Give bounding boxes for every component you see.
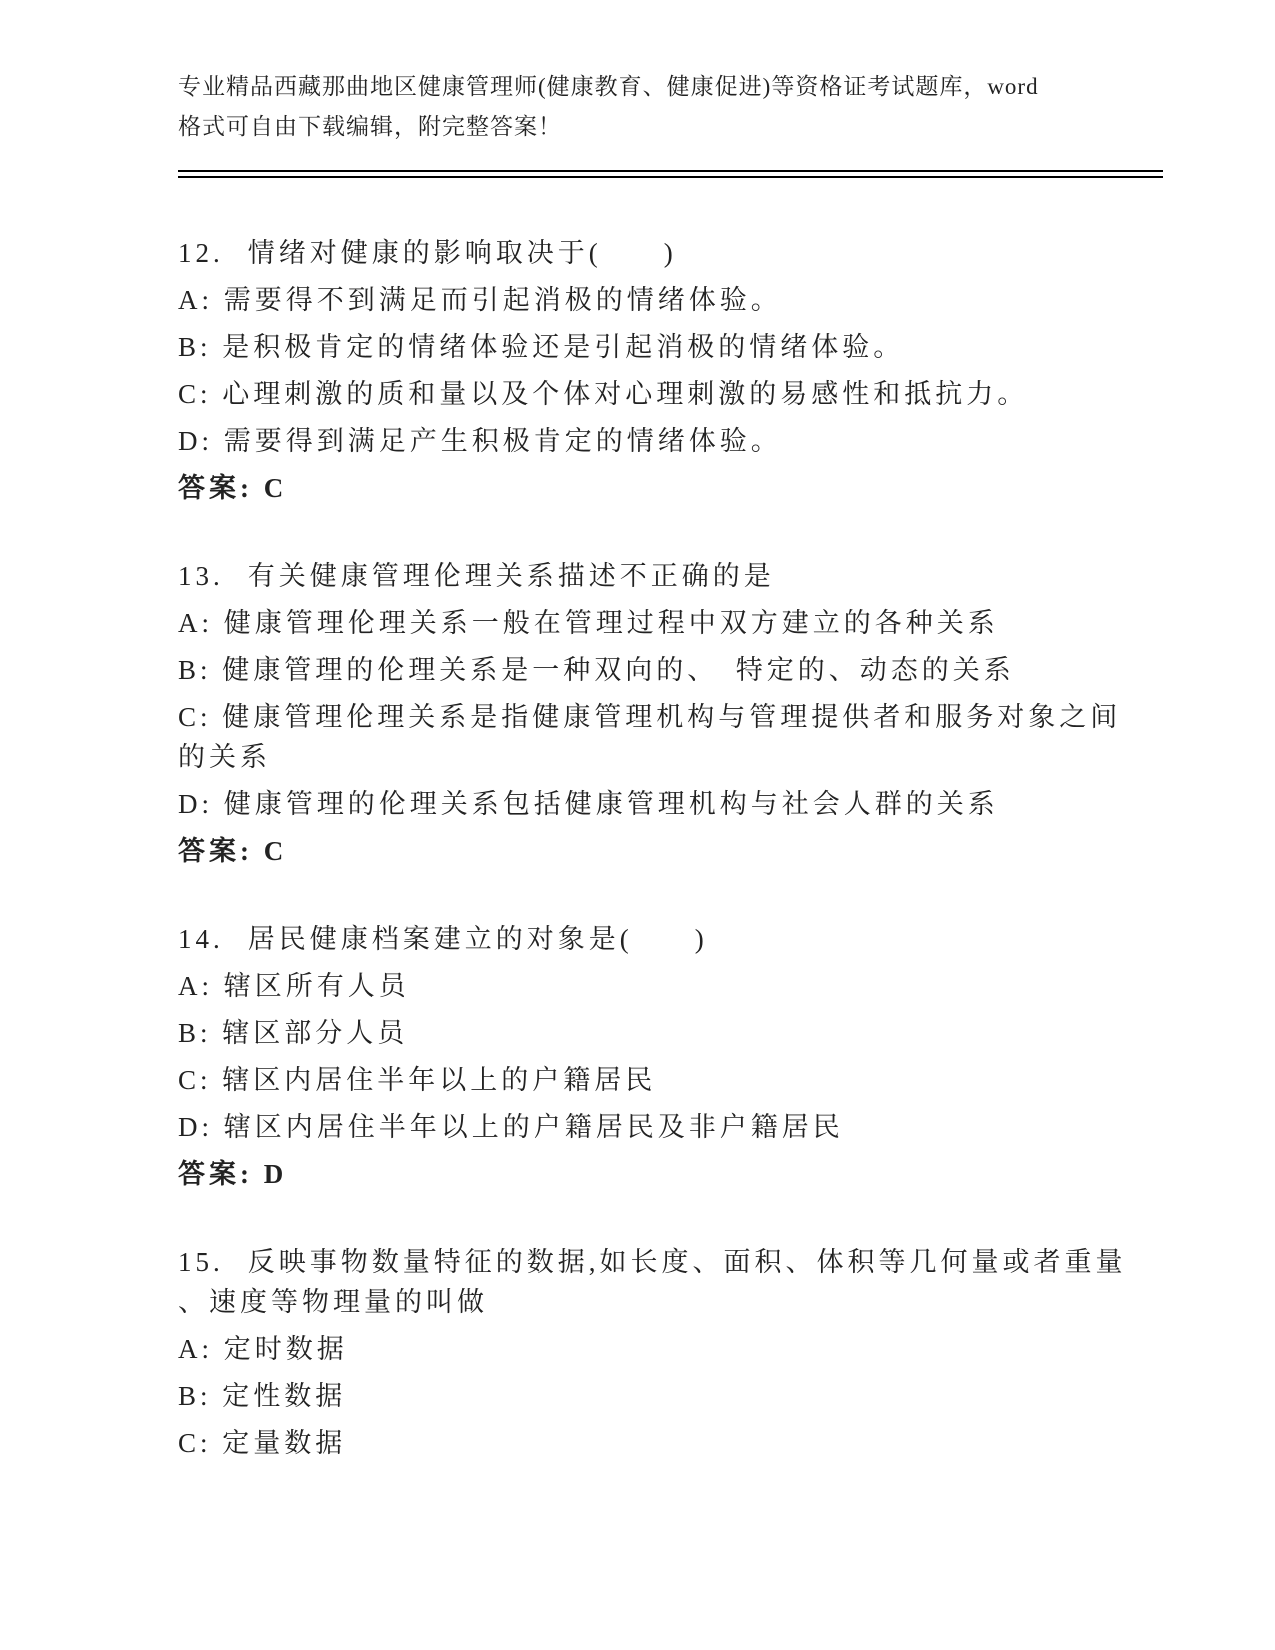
- question-15-text-line-1: 反映事物数量特征的数据,如长度、面积、体积等几何量或者重量: [248, 1247, 1127, 1277]
- question-13-option-c-line-1: C: 健康管理伦理关系是指健康管理机构与管理提供者和服务对象之间: [178, 697, 1163, 737]
- document-page: 专业精品西藏那曲地区健康管理师(健康教育、健康促进)等资格证考试题库，word …: [0, 0, 1275, 1650]
- question-12-option-a: A: 需要得不到满足而引起消极的情绪体验。: [178, 280, 1163, 320]
- question-13-text: 有关健康管理伦理关系描述不正确的是: [248, 561, 775, 591]
- question-15: 15.反映事物数量特征的数据,如长度、面积、体积等几何量或者重量、速度等物理量的…: [178, 1242, 1163, 1463]
- question-12: 12.情绪对健康的影响取决于( ) A: 需要得不到满足而引起消极的情绪体验。 …: [178, 233, 1163, 508]
- question-15-text-line-2: 、速度等物理量的叫做: [178, 1282, 1163, 1322]
- question-13-title: 13.有关健康管理伦理关系描述不正确的是: [178, 556, 1163, 596]
- question-14-text: 居民健康档案建立的对象是( ): [248, 924, 708, 954]
- question-13-option-b: B: 健康管理的伦理关系是一种双向的、 特定的、动态的关系: [178, 650, 1163, 690]
- header-divider-rule: [178, 170, 1163, 178]
- question-14-option-c: C: 辖区内居住半年以上的户籍居民: [178, 1060, 1163, 1100]
- header-line-1: 专业精品西藏那曲地区健康管理师(健康教育、健康促进)等资格证考试题库，word: [178, 67, 1163, 107]
- question-12-text: 情绪对健康的影响取决于( ): [248, 238, 677, 268]
- question-12-option-b: B: 是积极肯定的情绪体验还是引起消极的情绪体验。: [178, 327, 1163, 367]
- question-13-option-c-line-2: 的关系: [178, 737, 1163, 777]
- question-14: 14.居民健康档案建立的对象是( ) A: 辖区所有人员 B: 辖区部分人员 C…: [178, 919, 1163, 1194]
- question-14-option-b: B: 辖区部分人员: [178, 1013, 1163, 1053]
- question-12-option-d: D: 需要得到满足产生积极肯定的情绪体验。: [178, 421, 1163, 461]
- question-14-option-d: D: 辖区内居住半年以上的户籍居民及非户籍居民: [178, 1107, 1163, 1147]
- question-15-option-b: B: 定性数据: [178, 1376, 1163, 1416]
- question-list: 12.情绪对健康的影响取决于( ) A: 需要得不到满足而引起消极的情绪体验。 …: [178, 233, 1163, 1463]
- question-15-number: 15.: [178, 1247, 224, 1277]
- question-13-option-c: C: 健康管理伦理关系是指健康管理机构与管理提供者和服务对象之间的关系: [178, 697, 1163, 777]
- question-13-number: 13.: [178, 561, 224, 591]
- document-header: 专业精品西藏那曲地区健康管理师(健康教育、健康促进)等资格证考试题库，word …: [178, 67, 1163, 147]
- question-13: 13.有关健康管理伦理关系描述不正确的是 A: 健康管理伦理关系一般在管理过程中…: [178, 556, 1163, 871]
- question-12-title: 12.情绪对健康的影响取决于( ): [178, 233, 1163, 273]
- question-14-title: 14.居民健康档案建立的对象是( ): [178, 919, 1163, 959]
- question-12-option-c: C: 心理刺激的质和量以及个体对心理刺激的易感性和抵抗力。: [178, 374, 1163, 414]
- question-14-number: 14.: [178, 924, 224, 954]
- question-13-answer: 答案: C: [178, 831, 1163, 871]
- question-15-option-a: A: 定时数据: [178, 1329, 1163, 1369]
- page-content: 专业精品西藏那曲地区健康管理师(健康教育、健康促进)等资格证考试题库，word …: [178, 0, 1163, 1511]
- question-13-option-d: D: 健康管理的伦理关系包括健康管理机构与社会人群的关系: [178, 784, 1163, 824]
- header-line-2: 格式可自由下载编辑，附完整答案！: [178, 107, 1163, 147]
- question-15-option-c: C: 定量数据: [178, 1423, 1163, 1463]
- question-12-number: 12.: [178, 238, 224, 268]
- question-13-option-a: A: 健康管理伦理关系一般在管理过程中双方建立的各种关系: [178, 603, 1163, 643]
- question-15-title: 15.反映事物数量特征的数据,如长度、面积、体积等几何量或者重量、速度等物理量的…: [178, 1242, 1163, 1322]
- question-14-option-a: A: 辖区所有人员: [178, 966, 1163, 1006]
- question-15-title-line-1: 15.反映事物数量特征的数据,如长度、面积、体积等几何量或者重量: [178, 1242, 1163, 1282]
- question-14-answer: 答案: D: [178, 1154, 1163, 1194]
- question-12-answer: 答案: C: [178, 468, 1163, 508]
